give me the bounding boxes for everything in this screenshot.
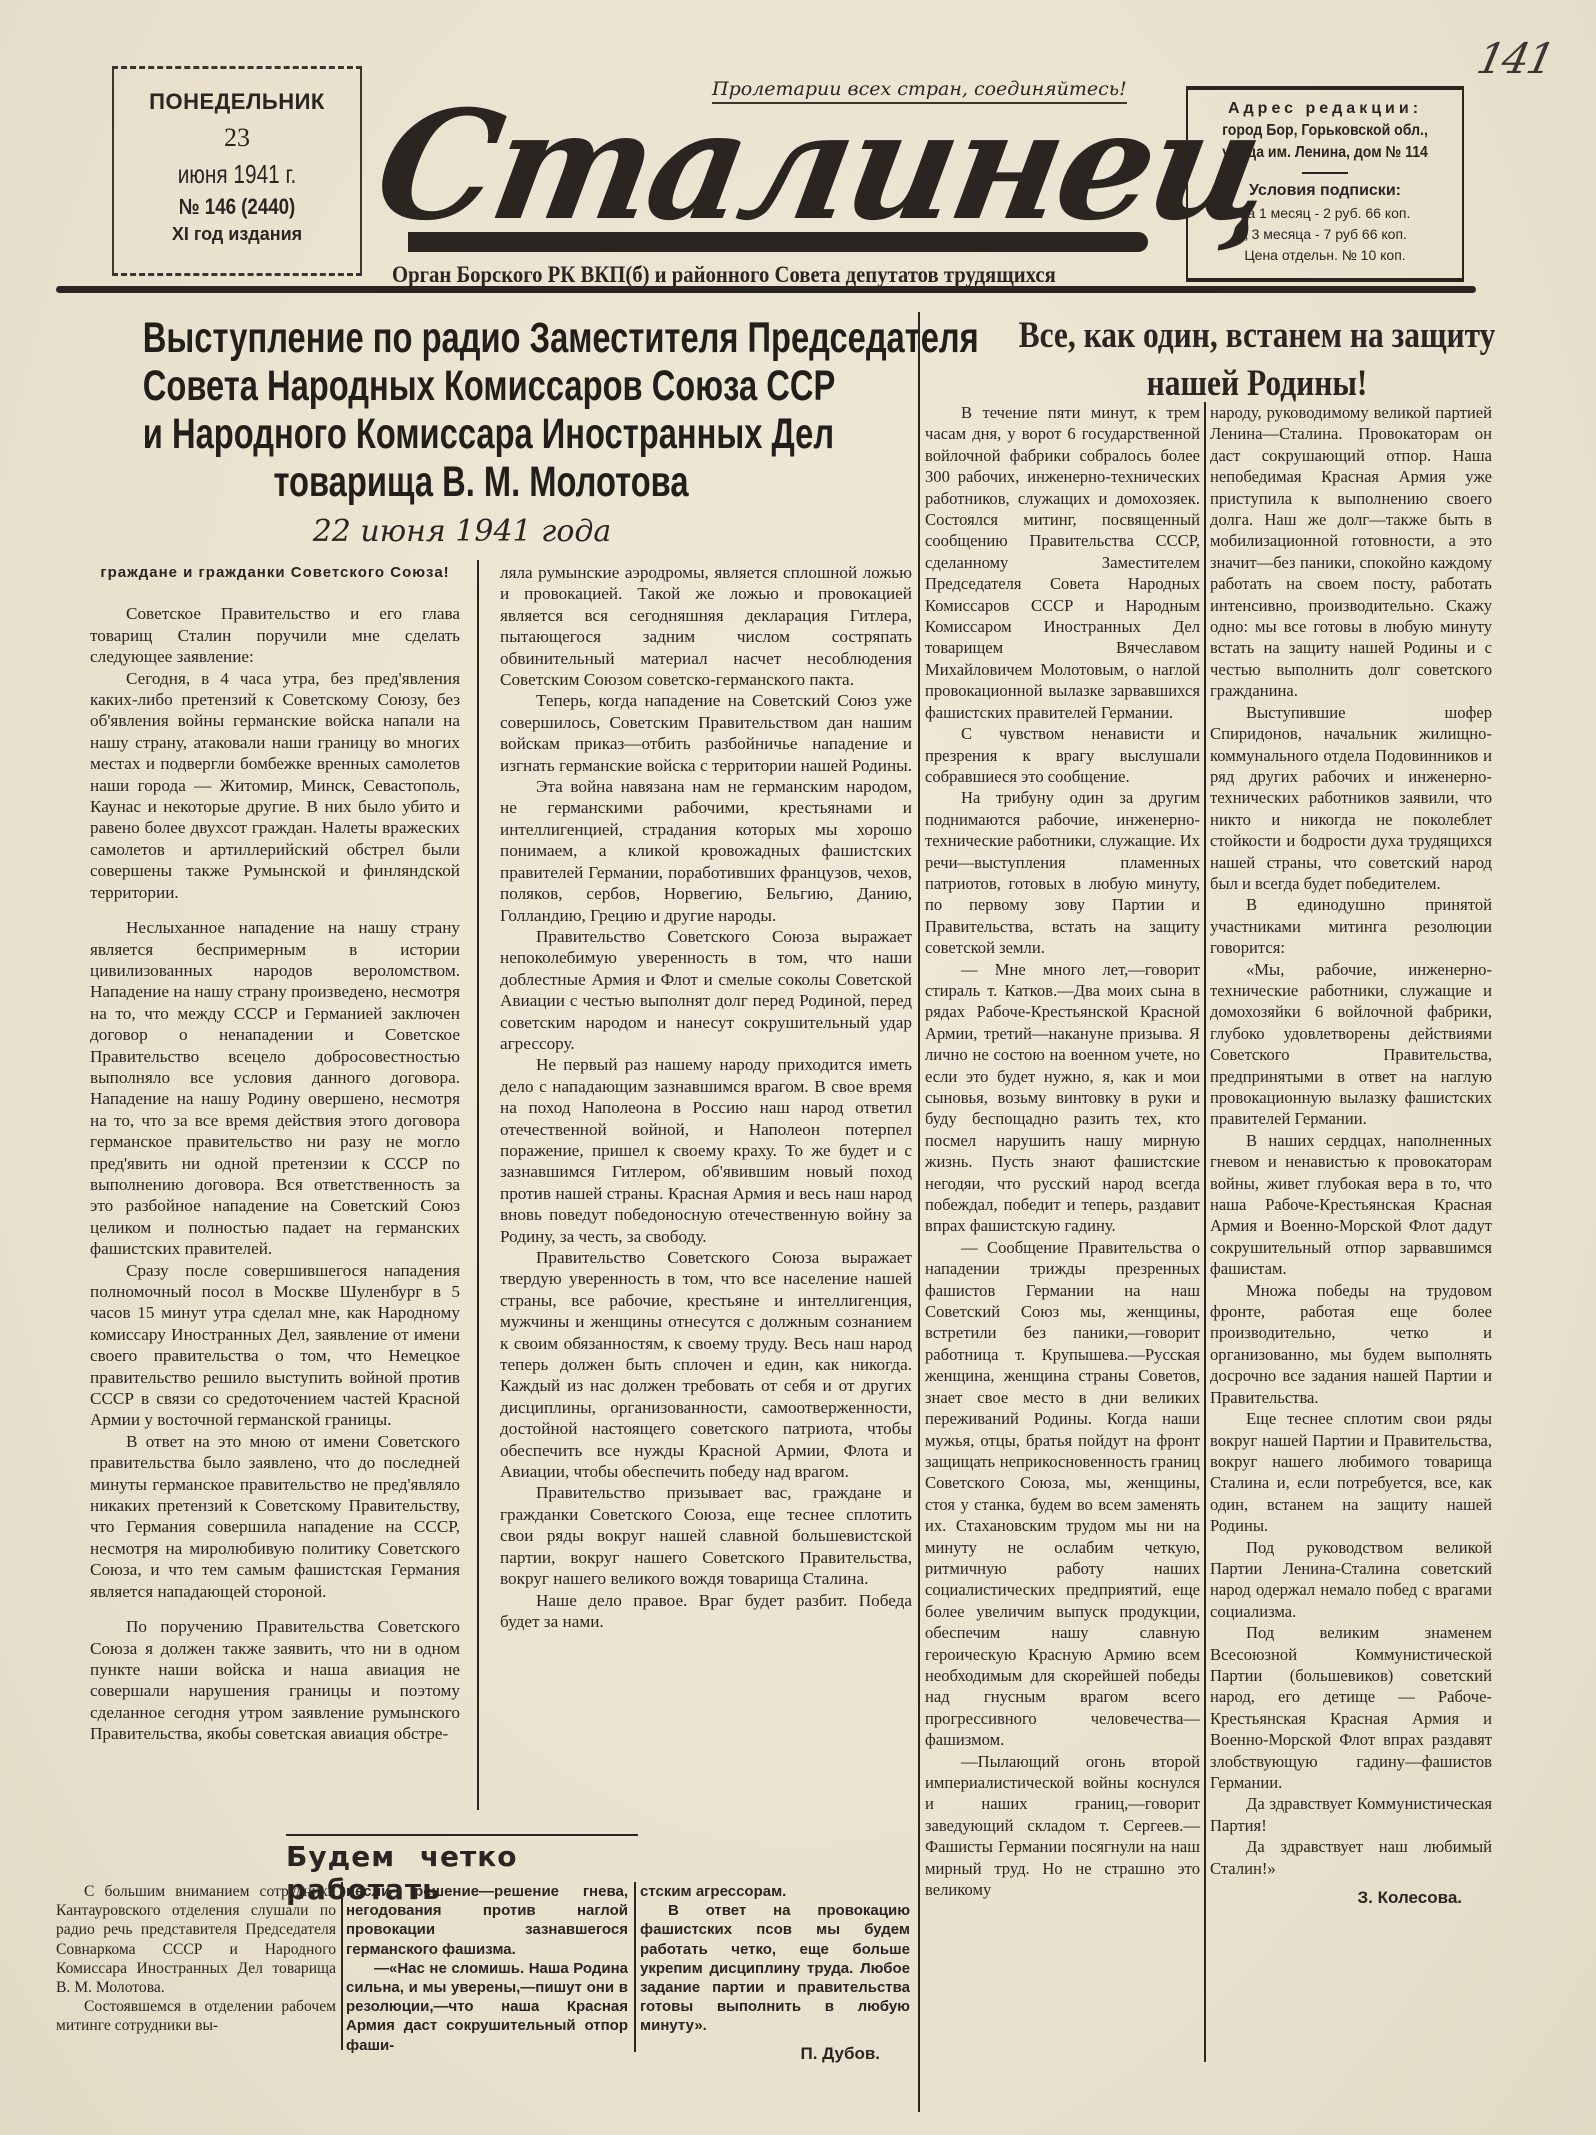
subscription-heading: Условия подписки:: [1188, 182, 1462, 200]
address-line-2: улица им. Ленина, дом № 114: [1204, 144, 1445, 162]
title-line: нашей Родины!: [971, 360, 1544, 408]
paragraph: С чувством ненависти и презрения к врагу…: [925, 723, 1200, 787]
weekday: ПОНЕДЕЛЬНИК: [114, 89, 360, 115]
paragraph: —Пылающий огонь второй империалистическо…: [925, 1751, 1200, 1901]
single-issue-price: Цена отдельн. № 10 коп.: [1188, 247, 1462, 263]
subscription-3-months: „ 3 месяца - 7 руб 66 коп.: [1188, 226, 1462, 242]
signature: З. Колесова.: [1210, 1887, 1492, 1908]
newspaper-logo: Сталинец: [380, 98, 1180, 248]
month-year: июня 1941 г.: [139, 159, 336, 190]
paragraph: несли решение—решение гнева, негодования…: [346, 1882, 628, 1959]
paragraph: «Мы, рабочие, инженерно-технические рабо…: [1210, 959, 1492, 1130]
paragraph: — Мне много лет,—говорит стираль т. Катк…: [925, 959, 1200, 1237]
paragraph: —«Нас не сломишь. Наша Родина сильна, и …: [346, 1959, 628, 2055]
title-line: и Народного Комиссара Иностранных Дел: [143, 410, 819, 458]
rally-article-title: Все, как один, встанем на защиту нашей Р…: [971, 312, 1544, 408]
paragraph: ляла румынские аэродромы, является сплош…: [500, 562, 912, 690]
paragraph: С большим вниманием сотрудники Кантауров…: [56, 1882, 336, 1997]
paragraph: Правительство призывает вас, граждане и …: [500, 1482, 912, 1589]
subscription-1-month: на 1 месяц - 2 руб. 66 коп.: [1188, 205, 1462, 221]
column-divider: [634, 1882, 636, 2052]
paragraph: Еще теснее сплотим свои ряды вокруг наше…: [1210, 1408, 1492, 1536]
section-divider: [918, 312, 920, 2112]
paragraph: В ответ на провокацию фашистских псов мы…: [640, 1901, 910, 2035]
column-divider: [341, 1882, 343, 2050]
molotov-column-1: граждане и гражданки Советского Союза! С…: [90, 562, 460, 1745]
column-divider: [477, 560, 479, 1810]
divider: [1302, 172, 1348, 174]
paragraph: В течение пяти минут, к трем часам дня, …: [925, 402, 1200, 723]
paragraph: стским агрессорам.: [640, 1882, 910, 1901]
paragraph: Наше дело правое. Враг будет разбит. Поб…: [500, 1590, 912, 1633]
address-line-1: город Бор, Горьковской обл.,: [1204, 122, 1445, 140]
handwritten-page-number: 141: [1473, 34, 1558, 83]
title-line: Совета Народных Комиссаров Союза ССР: [143, 362, 819, 410]
day: 23: [114, 123, 360, 153]
article-rule: [286, 1834, 638, 1836]
paragraph: Эта война навязана нам не германским нар…: [500, 776, 912, 926]
masthead-rule: [56, 286, 1476, 293]
paragraph: Под руководством великой Партии Ленина-С…: [1210, 1537, 1492, 1623]
paragraph: Множа победы на трудовом фронте, работая…: [1210, 1280, 1492, 1408]
paragraph: Не первый раз нашему народу приходится и…: [500, 1054, 912, 1247]
rally-column-1: В течение пяти минут, к трем часам дня, …: [925, 402, 1200, 1900]
address-heading: Адрес редакции:: [1188, 100, 1462, 118]
year-of-publication: XI год издания: [114, 224, 360, 245]
paragraph: Сегодня, в 4 часа утра, без пред'явления…: [90, 668, 460, 903]
signature: П. Дубов.: [640, 2044, 910, 2063]
paragraph: Сразу после совершившегося нападения пол…: [90, 1260, 460, 1431]
organ-line: Орган Борского РК ВКП(б) и районного Сов…: [392, 262, 1056, 288]
newspaper-name: Сталинец: [364, 78, 1195, 254]
paragraph: В наших сердцах, наполненных гневом и не…: [1210, 1130, 1492, 1280]
paragraph: Правительство Советского Союза выражает …: [500, 926, 912, 1054]
address-box: Адрес редакции: город Бор, Горьковской о…: [1186, 86, 1464, 282]
molotov-column-2: ляла румынские аэродромы, является сплош…: [500, 562, 912, 1632]
issue-number: № 146 (2440): [132, 194, 341, 220]
date-box: ПОНЕДЕЛЬНИК 23 июня 1941 г. № 146 (2440)…: [112, 66, 362, 276]
title-line: Все, как один, встанем на защиту: [971, 312, 1544, 360]
paragraph: народу, руководимому великой партией Лен…: [1210, 402, 1492, 702]
rally-column-2: народу, руководимому великой партией Лен…: [1210, 402, 1492, 1908]
molotov-article-date: 22 июня 1941 года: [0, 514, 924, 549]
paragraph: В ответ на это мною от имени Советского …: [90, 1431, 460, 1602]
paragraph: Неслыханное нападение на нашу страну явл…: [90, 917, 460, 1260]
work-column-2: несли решение—решение гнева, негодования…: [346, 1882, 628, 2055]
paragraph: Советское Правительство и его глава това…: [90, 603, 460, 667]
title-line: товарища В. М. Молотова: [143, 458, 819, 506]
paragraph: Правительство Советского Союза выражает …: [500, 1247, 912, 1482]
logo-underline: [408, 232, 1148, 252]
column-divider: [1204, 402, 1206, 2062]
work-column-1: С большим вниманием сотрудники Кантауров…: [56, 1882, 336, 2036]
paragraph: На трибуну один за другим поднимаются ра…: [925, 787, 1200, 958]
paragraph: По поручению Правительства Советского Со…: [90, 1616, 460, 1744]
paragraph: Выступившие шофер Спиридонов, начальник …: [1210, 702, 1492, 895]
paragraph: Да здравствует наш любимый Сталин!»: [1210, 1836, 1492, 1879]
work-column-3: стским агрессорам. В ответ на провокацию…: [640, 1882, 910, 2063]
salutation: граждане и гражданки Советского Союза!: [90, 562, 460, 583]
newspaper-page: 141 ПОНЕДЕЛЬНИК 23 июня 1941 г. № 146 (2…: [0, 0, 1596, 2135]
paragraph: Теперь, когда нападение на Советский Сою…: [500, 690, 912, 776]
paragraph: — Сообщение Правительства о нападении тр…: [925, 1237, 1200, 1751]
paragraph: В единодушно принятой участниками митинг…: [1210, 894, 1492, 958]
paragraph: Да здравствует Коммунистическая Партия!: [1210, 1793, 1492, 1836]
title-line: Выступление по радио Заместителя Председ…: [143, 314, 819, 362]
paragraph: Состоявшемся в отделении рабочем митинге…: [56, 1997, 336, 2035]
molotov-article-title: Выступление по радио Заместителя Председ…: [143, 314, 819, 506]
paragraph: Под великим знаменем Всесоюзной Коммунис…: [1210, 1622, 1492, 1793]
